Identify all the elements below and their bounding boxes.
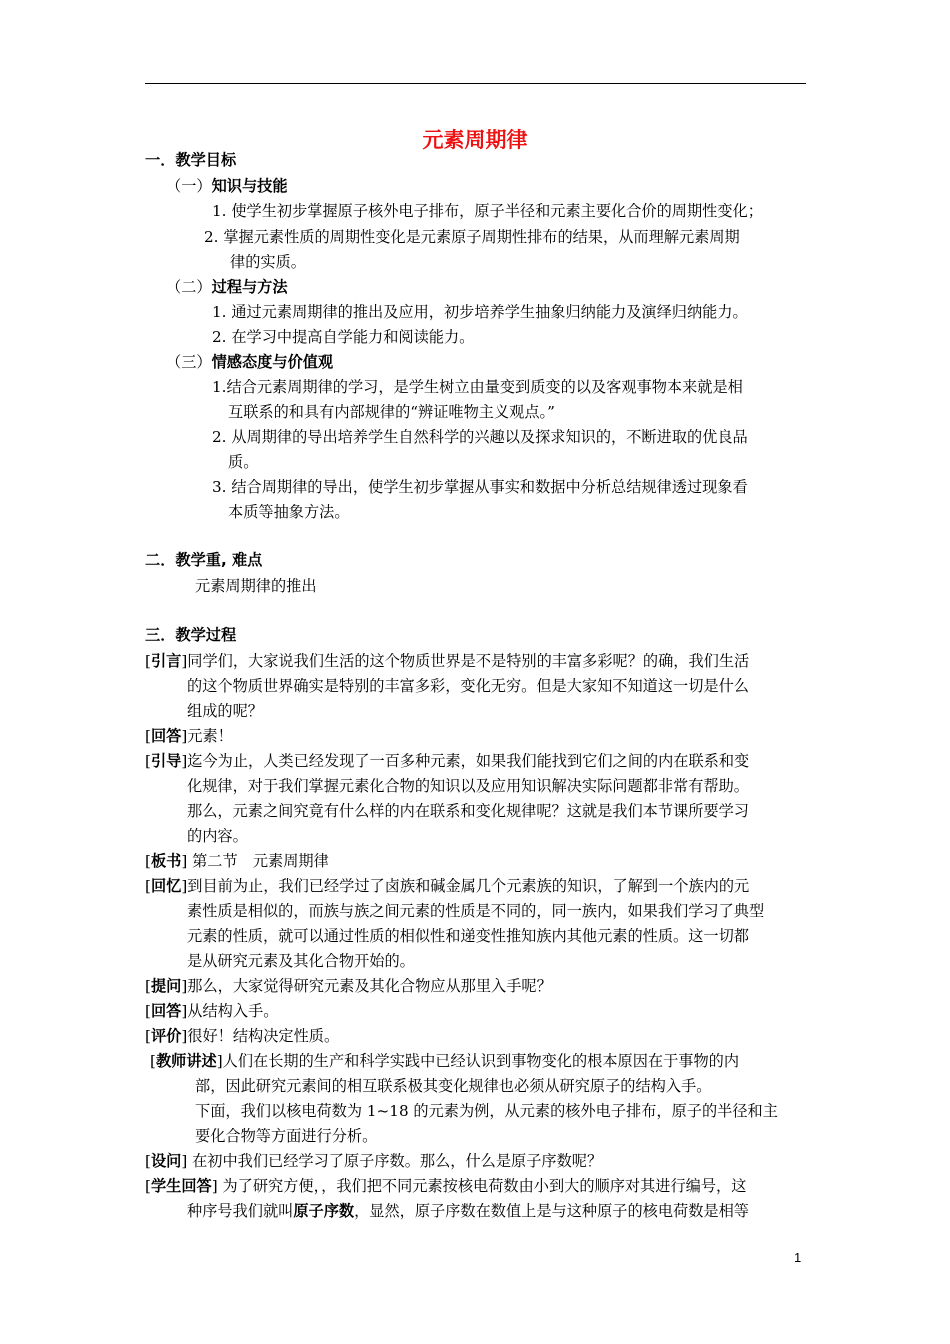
entry-student-answer: [学生回答] 为了研究方便，，我们把不同元素按核电荷数由小到大的顺序对其进行编号… [145,1176,746,1196]
entry-guide-cont-3: 的内容。 [187,826,248,846]
entry-tag: 评价 [151,1027,181,1045]
sub3-item-2-cont: 质。 [228,452,258,472]
entry-text: 种序号我们就叫 [187,1202,293,1220]
sub2-item-1: 1. 通过元素周期律的推出及应用，初步培养学生抽象归纳能力及演绎归纳能力。 [212,302,748,322]
entry-tag: 教师讲述 [156,1052,217,1070]
entry-tag: 提问 [151,977,181,995]
document-title: 元素周期律 [0,124,950,154]
sub1-heading: （一）知识与技能 [166,176,288,196]
sub3-item-3: 3. 结合周期律的导出，使学生初步掌握从事实和数据中分析总结规律透过现象看 [212,477,748,497]
entry-tag: 板书 [151,852,181,870]
entry-text: 第二节 元素周期律 [187,852,329,870]
section3-heading: 三．教学过程 [145,625,236,645]
entry-recall-cont-3: 是从研究元素及其化合物开始的。 [187,951,415,971]
sub3-item-1: 1.结合元素周期律的学习，是学生树立由量变到质变的以及客观事物本来就是相 [212,377,743,397]
sub2-heading: （二）过程与方法 [166,277,288,297]
entry-tag: 引言 [151,652,181,670]
sub2-prefix: （二） [166,278,212,296]
sub1-prefix: （一） [166,177,212,195]
entry-recall-cont-2: 元素的性质，就可以通过性质的相似性和递变性推知族内其他元素的性质。这一切都 [187,926,749,946]
page-number: 1 [794,1250,801,1265]
section2-heading: 二．教学重, 难点 [145,550,262,570]
entry-evaluation: [评价]很好！结构决定性质。 [145,1026,339,1046]
sub1-item-2-cont: 律的实质。 [230,252,306,272]
entry-board: [板书] 第二节 元素周期律 [145,851,329,871]
entry-guide-cont-2: 那么，元素之间究竟有什么样的内在联系和变化规律呢？这就是我们本节课所要学习 [187,801,749,821]
entry-intro-cont-1: 的这个物质世界确实是特别的丰富多彩，变化无穷。但是大家知不知道这一切是什么 [187,676,749,696]
entry-text: 为了研究方便，，我们把不同元素按核电荷数由小到大的顺序对其进行编号，这 [218,1177,747,1195]
entry-answer-1: [回答]元素！ [145,726,233,746]
sub1-item-2: 2. 掌握元素性质的周期性变化是元素原子周期性排布的结果，从而理解元素周期 [204,227,740,247]
sub1-title: 知识与技能 [212,177,288,195]
section2-content: 元素周期律的推出 [195,576,317,596]
sub3-prefix: （三） [166,353,212,371]
entry-teacher-talk-cont-3: 要化合物等方面进行分析。 [195,1126,377,1146]
entry-tag: 回忆 [151,877,181,895]
entry-text: 到目前为止，我们已经学过了卤族和碱金属几个元素族的知识，了解到一个族内的元 [187,877,749,895]
entry-teacher-talk-cont-2: 下面，我们以核电荷数为 1~18 的元素为例，从元素的核外电子排布，原子的半径和… [195,1101,778,1121]
entry-recall: [回忆]到目前为止，我们已经学过了卤族和碱金属几个元素族的知识，了解到一个族内的… [145,876,749,896]
term-atomic-number: 原子序数 [293,1202,354,1220]
entry-intro: [引言]同学们，大家说我们生活的这个物质世界是不是特别的丰富多彩呢？的确，我们生… [145,651,749,671]
entry-text: 从结构入手。 [187,1002,278,1020]
section1-heading: 一．教学目标 [145,150,236,170]
entry-tag: 设问 [151,1152,181,1170]
sub3-heading: （三）情感态度与价值观 [166,352,333,372]
entry-question: [提问]那么，大家觉得研究元素及其化合物应从那里入手呢？ [145,976,552,996]
entry-answer-2: [回答]从结构入手。 [145,1001,278,1021]
entry-tag: 回答 [151,727,181,745]
entry-recall-cont-1: 素性质是相似的，而族与族之间元素的性质是不同的，同一族内，如果我们学习了典型 [187,901,764,921]
entry-tag: 回答 [151,1002,181,1020]
entry-student-answer-cont: 种序号我们就叫原子序数，显然，原子序数在数值上是与这种原子的核电荷数是相等 [187,1201,749,1221]
document-page: 元素周期律 一．教学目标 （一）知识与技能 1. 使学生初步掌握原子核外电子排布… [0,0,950,1344]
entry-tag: 引导 [151,752,181,770]
entry-text: 那么，大家觉得研究元素及其化合物应从那里入手呢？ [187,977,552,995]
sub1-item-1: 1. 使学生初步掌握原子核外电子排布，原子半径和元素主要化合价的周期性变化； [212,201,763,221]
entry-text: 在初中我们已经学习了原子序数。那么，什么是原子序数呢？ [187,1152,602,1170]
sub2-title: 过程与方法 [212,278,288,296]
entry-guide-cont-1: 化规律，对于我们掌握元素化合物的知识以及应用知识解决实际问题都非常有帮助。 [187,776,749,796]
sub3-item-1-cont: 互联系的和具有内部规律的“辨证唯物主义观点。” [228,402,555,422]
entry-tag: 学生回答 [151,1177,212,1195]
entry-text: 同学们，大家说我们生活的这个物质世界是不是特别的丰富多彩呢？的确，我们生活 [187,652,749,670]
sub3-title: 情感态度与价值观 [212,353,334,371]
entry-text: 很好！结构决定性质。 [187,1027,339,1045]
sub3-item-2: 2. 从周期律的导出培养学生自然科学的兴趣以及探求知识的，不断进取的优良品 [212,427,748,447]
entry-text: 人们在长期的生产和科学实践中已经认识到事物变化的根本原因在于事物的内 [223,1052,739,1070]
entry-teacher-talk-cont-1: 部，因此研究元素间的相互联系极其变化规律也必须从研究原子的结构入手。 [195,1076,711,1096]
entry-setup-question: [设问] 在初中我们已经学习了原子序数。那么，什么是原子序数呢？ [145,1151,602,1171]
header-rule [145,83,806,84]
entry-text: 迄今为止，人类已经发现了一百多种元素，如果我们能找到它们之间的内在联系和变 [187,752,749,770]
entry-teacher-talk: [教师讲述]人们在长期的生产和科学实践中已经认识到事物变化的根本原因在于事物的内 [150,1051,739,1071]
entry-intro-cont-2: 组成的呢？ [187,701,263,721]
sub2-item-2: 2. 在学习中提高自学能力和阅读能力。 [212,327,474,347]
sub3-item-3-cont: 本质等抽象方法。 [228,502,350,522]
entry-text: 元素！ [187,727,233,745]
entry-guide: [引导]迄今为止，人类已经发现了一百多种元素，如果我们能找到它们之间的内在联系和… [145,751,749,771]
entry-text: ，显然，原子序数在数值上是与这种原子的核电荷数是相等 [354,1202,749,1220]
